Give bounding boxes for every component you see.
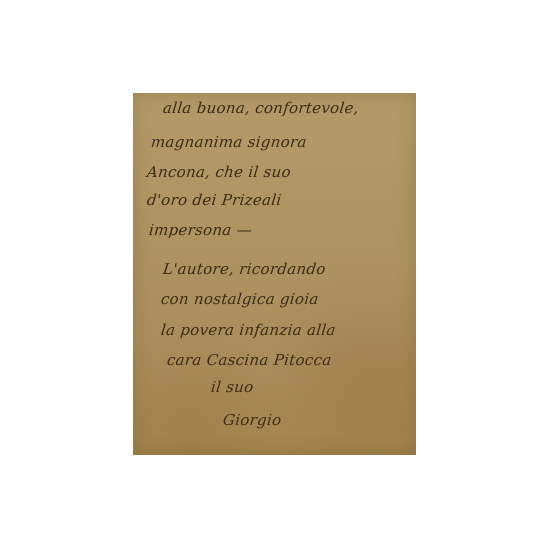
- handwriting-line: cara Cascina Pitocca: [166, 351, 333, 369]
- handwriting-line: d'oro dei Prizeali: [146, 191, 282, 209]
- handwriting-line: con nostalgica gioia: [160, 290, 320, 308]
- handwriting-line: magnanima signora: [150, 133, 308, 151]
- handwriting-line: il suo: [210, 378, 254, 396]
- handwriting-line: alla buona, confortevole,: [162, 99, 360, 117]
- handwriting-line: Ancona, che il suo: [146, 163, 292, 181]
- handwriting-line: L'autore, ricordando: [162, 260, 327, 278]
- handwriting-line: la povera infanzia alla: [160, 321, 337, 339]
- handwriting-line: impersona —: [148, 221, 253, 239]
- signature: Giorgio: [222, 411, 282, 429]
- handwritten-page: alla buona, confortevole, magnanima sign…: [133, 93, 416, 455]
